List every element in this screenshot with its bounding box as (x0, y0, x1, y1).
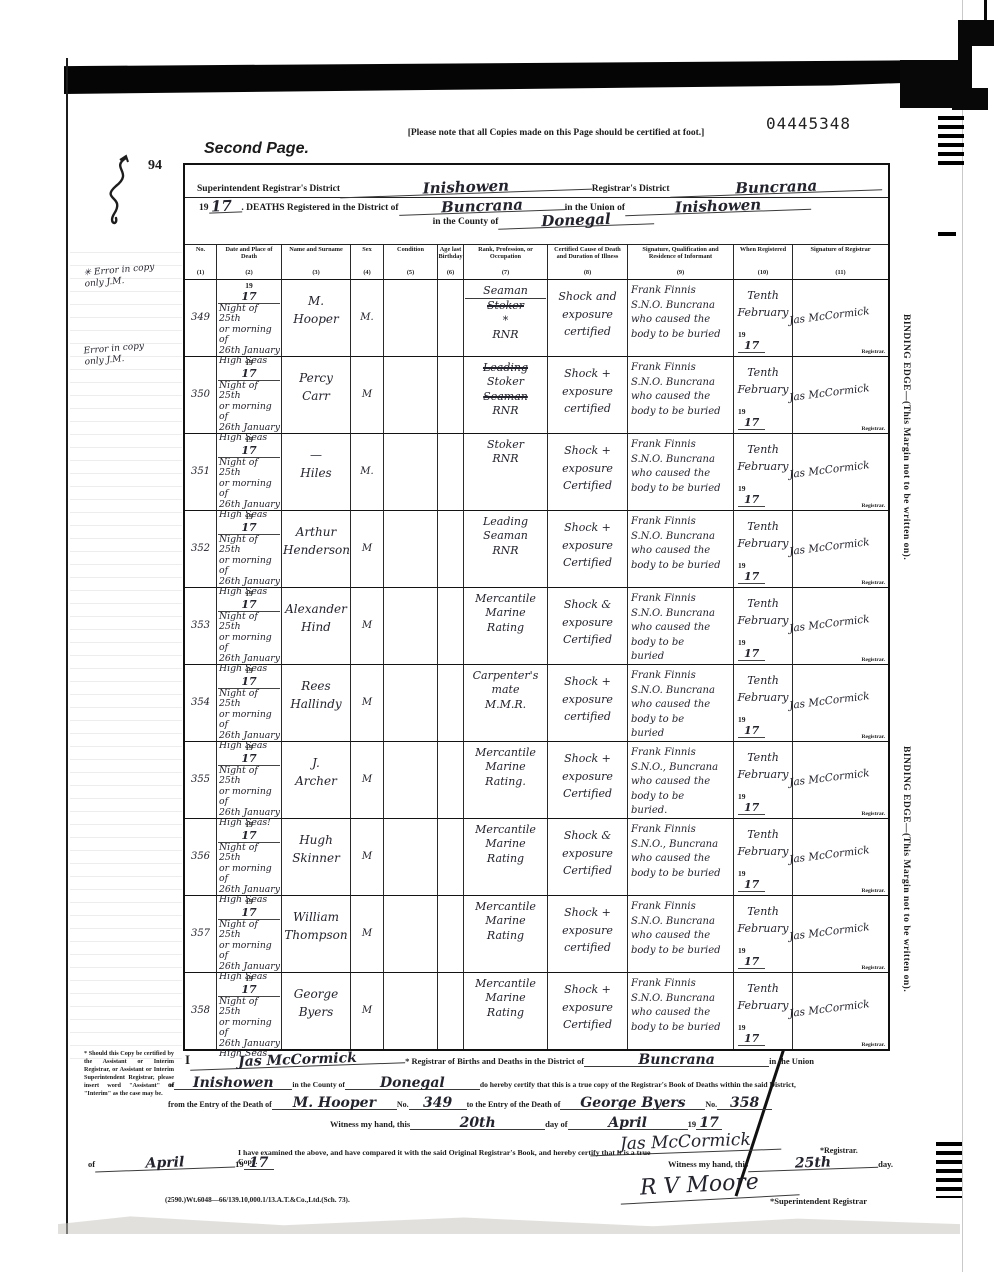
year-line: 1917 (218, 897, 280, 920)
sex-value: M (362, 697, 372, 708)
cell-sex: M (350, 741, 383, 818)
scan-corner-blob (984, 0, 987, 22)
cert-year2-printed: 19 (235, 1159, 244, 1169)
cell-when-registered: TenthFebruary1917 (733, 741, 792, 818)
year-printed: 19 (738, 638, 765, 647)
cell-date-place: 1917Night of 25thor morning of26th Janua… (216, 818, 281, 895)
register-frame: Superintendent Registrar's District Inis… (183, 163, 890, 1051)
cell-registrar-signature: Jas McCormickRegistrar. (792, 510, 888, 587)
year-printed: 19 (218, 512, 280, 521)
when-line: Tenth (735, 596, 791, 613)
cell-rank: MercantileMarineRating. (463, 741, 547, 818)
cause-line: exposure (549, 537, 626, 555)
cause-line: certified (549, 400, 626, 418)
date-line: or morning of (218, 479, 280, 500)
year-printed: 19 (218, 589, 280, 598)
year-written: 17 (218, 521, 280, 535)
cause-line: exposure (549, 460, 626, 478)
cell-name: HughSkinner (281, 818, 350, 895)
informant-line: Frank Finnis (629, 361, 732, 376)
row-number: 356 (191, 851, 210, 862)
superintendent-district-label: Superintendent Registrar's District (197, 184, 340, 194)
cause-line: Shock + (549, 519, 626, 537)
informant-line: who caused the (629, 544, 732, 559)
column-header-label: No. (196, 247, 205, 254)
cell-condition (383, 664, 437, 741)
year-printed: 19 (738, 946, 765, 955)
informant-line: S.N.O. Buncrana (629, 915, 732, 930)
registrar-caption: Registrar. (861, 1042, 885, 1048)
informant-line: who caused the (629, 1006, 732, 1021)
cell-rank: SeamanStoker*RNR (463, 279, 547, 356)
cause-line: exposure (549, 922, 626, 940)
cert-line1-tail: in the Union (769, 1056, 814, 1066)
rank-line: RNR (465, 328, 546, 342)
cell-sex: M (350, 895, 383, 972)
year-written: 17 (738, 647, 765, 661)
cause-line: exposure (549, 614, 626, 632)
when-line: Tenth (735, 519, 791, 536)
sex-value: M (362, 851, 372, 862)
registrar-signature: Jas McCormick (789, 382, 871, 404)
cause-line: exposure (549, 383, 626, 401)
cell-name: ArthurHenderson (281, 510, 350, 587)
informant-line: S.N.O., Buncrana (629, 838, 732, 853)
row-number: 355 (191, 774, 210, 785)
cell-informant: Frank FinnisS.N.O. Buncranawho caused th… (627, 433, 733, 510)
cell-date-place: 1917Night of 25thor morning of26th Janua… (216, 279, 281, 356)
cert-from-label: from the Entry of the Death of (168, 1100, 272, 1109)
cell-age (437, 741, 463, 818)
sex-value: M (362, 774, 372, 785)
scan-edge-dash (938, 232, 956, 238)
cell-no: 349 (185, 279, 216, 356)
registrar-signature: Jas McCormick (789, 536, 871, 558)
informant-line: Frank Finnis (629, 438, 732, 453)
date-line: or morning of (218, 941, 280, 962)
cell-condition (383, 356, 437, 433)
informant-line: body to be buried (629, 1021, 732, 1036)
column-header-label: Age last Birthday (438, 247, 462, 261)
cause-line: Shock & (549, 827, 626, 845)
cell-no: 353 (185, 587, 216, 664)
informant-line: S.N.O. Buncrana (629, 453, 732, 468)
cell-name: M.Hooper (281, 279, 350, 356)
cause-line: exposure (549, 999, 626, 1017)
rank-line: RNR (465, 544, 546, 558)
year-written: 17 (738, 416, 765, 430)
name-line: William (283, 908, 349, 926)
cause-line: Shock + (549, 904, 626, 922)
sex-value: M (362, 620, 372, 631)
informant-line: body to be buried (629, 405, 732, 420)
cell-date-place: 1917Night of 25thor morning of26th Janua… (216, 895, 281, 972)
cell-informant: Frank FinnisS.N.O. Buncranawho caused th… (627, 972, 733, 1049)
registrar-caption: Registrar. (861, 657, 885, 663)
column-header-label: When Registered (740, 247, 786, 254)
cell-age (437, 510, 463, 587)
cell-age (437, 433, 463, 510)
informant-line: who caused the (629, 621, 732, 636)
name-line: Rees (283, 677, 349, 695)
informant-line: Frank Finnis (629, 669, 732, 684)
when-line: February (735, 921, 791, 938)
cert-month-2: April (95, 1156, 235, 1173)
informant-line: body to be (629, 713, 732, 728)
cell-rank: MercantileMarineRating (463, 818, 547, 895)
cert-registrar-signature: Jas McCormick (190, 1051, 405, 1071)
cell-registrar-signature: Jas McCormickRegistrar. (792, 433, 888, 510)
informant-line: body to be buried (629, 867, 732, 882)
year-printed: 19 (218, 435, 280, 444)
sex-value: M (362, 1005, 372, 1016)
date-line: Night of 25th (218, 612, 280, 633)
year-written: 17 (738, 878, 765, 892)
page-number: 94 (148, 158, 162, 174)
cell-sex: M (350, 510, 383, 587)
registrar-signature: Jas McCormick (789, 690, 871, 712)
when-year-line: 1917 (738, 638, 765, 661)
when-line: February (735, 844, 791, 861)
rank-line: Rating (465, 1006, 546, 1020)
year-written: 17 (218, 829, 280, 843)
year-line: 1917 (218, 281, 280, 304)
column-header: When Registered(10) (733, 245, 792, 279)
column-header-number: (11) (835, 270, 845, 277)
cell-condition (383, 895, 437, 972)
cell-when-registered: TenthFebruary1917 (733, 818, 792, 895)
cell-name: J.Archer (281, 741, 350, 818)
cell-date-place: 1917Night of 25thor morning of26th Janua… (216, 741, 281, 818)
cell-when-registered: TenthFebruary1917 (733, 664, 792, 741)
row-number: 354 (191, 697, 210, 708)
cell-rank: MercantileMarineRating (463, 587, 547, 664)
sex-value: M (362, 389, 372, 400)
name-line: — (283, 446, 349, 464)
cert-to-label: to the Entry of the Death of (467, 1100, 561, 1109)
name-line: Hind (283, 618, 349, 636)
informant-line: body to be (629, 790, 732, 805)
sex-value: M. (360, 466, 373, 477)
column-header-label: Condition (397, 247, 424, 254)
cell-rank: LeadingSeamanRNR (463, 510, 547, 587)
informant-line: body to be buried (629, 944, 732, 959)
cell-when-registered: TenthFebruary1917 (733, 972, 792, 1049)
row-number: 353 (191, 620, 210, 631)
name-line: Percy (283, 369, 349, 387)
cell-age (437, 895, 463, 972)
year-line: 1917 (218, 589, 280, 612)
cell-informant: Frank FinnisS.N.O. Buncranawho caused th… (627, 664, 733, 741)
rank-line: * (465, 314, 546, 328)
cause-line: Certified (549, 785, 626, 803)
cell-condition (383, 818, 437, 895)
year-line: 1917 (218, 358, 280, 381)
name-line: Henderson (283, 541, 349, 559)
year-written: 17 (218, 983, 280, 997)
registrar-signature: Jas McCormick (789, 305, 871, 327)
rank-line: Leading (465, 361, 546, 375)
year-printed: 19 (738, 792, 765, 801)
column-header-label: Sex (362, 247, 371, 254)
informant-line: S.N.O. Buncrana (629, 299, 732, 314)
year-written: 17 (738, 955, 765, 969)
cause-line: exposure (549, 845, 626, 863)
rank-line: Rating. (465, 775, 546, 789)
cell-registrar-signature: Jas McCormickRegistrar. (792, 356, 888, 433)
name-line: M. (283, 292, 349, 310)
cert-county-label: in the County of (292, 1080, 345, 1089)
registrar-signature: Jas McCormick (789, 998, 871, 1020)
year-line: 1917 (218, 974, 280, 997)
registrar-signature: Jas McCormick (789, 844, 871, 866)
deaths-header-row: 1917 . DEATHS Registered in the District… (185, 198, 888, 245)
deaths-registered-label: . DEATHS Registered in the District of (241, 203, 398, 213)
informant-line: Frank Finnis (629, 900, 732, 915)
column-header-number: (6) (447, 270, 454, 277)
cell-cause: Shock +exposureCertified (547, 510, 627, 587)
cell-name: ReesHallindy (281, 664, 350, 741)
informant-line: who caused the (629, 313, 732, 328)
when-year-line: 1917 (738, 561, 765, 584)
year-written: 17 (218, 290, 280, 304)
cell-rank: MercantileMarineRating (463, 895, 547, 972)
date-line: Night of 25th (218, 920, 280, 941)
rank-line: Mercantile (465, 977, 546, 991)
date-line: or morning of (218, 864, 280, 885)
cell-condition (383, 587, 437, 664)
cell-sex: M (350, 972, 383, 1049)
name-line: Alexander (283, 600, 349, 618)
sex-value: M (362, 543, 372, 554)
cell-sex: M (350, 587, 383, 664)
date-line: Night of 25th (218, 458, 280, 479)
cell-name: GeorgeByers (281, 972, 350, 1049)
when-line: Tenth (735, 750, 791, 767)
cell-condition (383, 510, 437, 587)
when-year-line: 1917 (738, 330, 765, 353)
year-printed: 19 (218, 281, 280, 290)
registrar-caption: Registrar. (861, 503, 885, 509)
column-header-label: Certified Cause of Death and Duration of… (549, 247, 626, 261)
print-code: (2590.)Wt.6048—66/139.10,000.1/13.A.T.&C… (165, 1196, 350, 1204)
cell-registrar-signature: Jas McCormickRegistrar. (792, 741, 888, 818)
year-printed: 19 (738, 330, 765, 339)
cause-line: Shock + (549, 442, 626, 460)
cell-condition (383, 433, 437, 510)
registrars-district-value: Buncrana (669, 177, 882, 197)
cert-county-value: Donegal (345, 1078, 480, 1090)
cert-to-name: George Byers (560, 1098, 705, 1110)
row-number: 352 (191, 543, 210, 554)
year-printed: 19 (218, 897, 280, 906)
rank-line: Stoker (465, 438, 546, 452)
cell-date-place: 1917Night of 25thor morning of26th Janua… (216, 587, 281, 664)
rank-line: Mercantile (465, 746, 546, 760)
year-printed: 19 (738, 561, 765, 570)
cell-name: WilliamThompson (281, 895, 350, 972)
date-line: Night of 25th (218, 535, 280, 556)
rank-line: Carpenter's (465, 669, 546, 683)
cert-day-label: day. (878, 1159, 893, 1169)
name-line: Thompson (283, 926, 349, 944)
informant-line: body to be buried (629, 482, 732, 497)
name-line: Hallindy (283, 695, 349, 713)
cell-sex: M (350, 356, 383, 433)
cert-year-printed: 19 (688, 1119, 697, 1129)
cert-day-of-label: day of (545, 1119, 567, 1129)
cell-sex: M. (350, 279, 383, 356)
cert-from-name: M. Hooper (272, 1098, 397, 1110)
informant-line: S.N.O. Buncrana (629, 376, 732, 391)
year-printed: 19 (218, 743, 280, 752)
cause-line: Certified (549, 477, 626, 495)
cell-date-place: 1917Night of 25thor morning of26th Janua… (216, 664, 281, 741)
rank-line: Marine (465, 914, 546, 928)
name-line: Byers (283, 1003, 349, 1021)
county-value: Donegal (498, 211, 654, 229)
cell-registrar-signature: Jas McCormickRegistrar. (792, 279, 888, 356)
cert-union-value: Inishowen (174, 1078, 292, 1090)
informant-line: S.N.O. Buncrana (629, 684, 732, 699)
cell-age (437, 664, 463, 741)
registrar-caption: Registrar. (861, 349, 885, 355)
when-year-line: 1917 (738, 946, 765, 969)
name-line: Skinner (283, 849, 349, 867)
year-written: 17 (738, 570, 765, 584)
informant-line: S.N.O. Buncrana (629, 992, 732, 1007)
cert-witness-month: April (568, 1118, 688, 1130)
cert-from-no: 349 (409, 1098, 467, 1110)
informant-line: body to be buried (629, 559, 732, 574)
cert-to-no: 358 (717, 1098, 772, 1110)
scan-corner-blob (900, 60, 958, 108)
column-header-number: (1) (197, 270, 204, 277)
cause-line: Certified (549, 631, 626, 649)
district-header-row: Superintendent Registrar's District Inis… (185, 165, 888, 198)
date-line: or morning of (218, 633, 280, 654)
year-written: 17 (218, 367, 280, 381)
cause-line: Certified (549, 862, 626, 880)
column-header: Date and Place of Death(2) (216, 245, 281, 279)
informant-line: body to be (629, 636, 732, 651)
informant-line: who caused the (629, 929, 732, 944)
cell-no: 355 (185, 741, 216, 818)
name-line: Carr (283, 387, 349, 405)
column-header-label: Rank, Profession, or Occupation (465, 247, 546, 261)
rank-line: Rating (465, 852, 546, 866)
informant-line: who caused the (629, 775, 732, 790)
rank-line: RNR (465, 452, 546, 466)
registrar-caption: Registrar. (861, 965, 885, 971)
when-line: Tenth (735, 288, 791, 305)
year-printed: 19 (199, 203, 209, 213)
cert-line-2: of Inishowen in the County of Donegal do… (168, 1078, 910, 1090)
informant-line: S.N.O. Buncrana (629, 530, 732, 545)
date-line: or morning of (218, 787, 280, 808)
year-printed: 19 (218, 820, 280, 829)
cause-line: Shock and (549, 288, 626, 306)
register-table: No.(1)Date and Place of Death(2)Name and… (185, 245, 888, 1049)
when-line: February (735, 382, 791, 399)
registrar-caption: Registrar. (861, 734, 885, 740)
column-header: Signature of Registrar(11) (792, 245, 888, 279)
cell-age (437, 972, 463, 1049)
informant-line: body to be buried (629, 328, 732, 343)
cert-no-label: No. (397, 1100, 409, 1109)
informant-line: who caused the (629, 698, 732, 713)
cell-registrar-signature: Jas McCormickRegistrar. (792, 895, 888, 972)
cell-rank: Carpenter'smateM.M.R. (463, 664, 547, 741)
rank-line: RNR (465, 404, 546, 418)
registrar-caption: Registrar. (861, 580, 885, 586)
cell-rank: MercantileMarineRating (463, 972, 547, 1049)
cell-cause: Shock andexposurecertified (547, 279, 627, 356)
year-printed: 19 (218, 358, 280, 367)
cell-when-registered: TenthFebruary1917 (733, 587, 792, 664)
cell-no: 352 (185, 510, 216, 587)
column-header-label: Signature, Qualification and Residence o… (629, 247, 732, 261)
name-line: Hugh (283, 831, 349, 849)
when-line: February (735, 690, 791, 707)
column-header-number: (2) (245, 270, 252, 277)
cause-line: Shock + (549, 981, 626, 999)
when-line: Tenth (735, 365, 791, 382)
when-line: Tenth (735, 827, 791, 844)
cert-line-5: of April 19 17 (88, 1158, 338, 1170)
cell-no: 358 (185, 972, 216, 1049)
date-line: Night of 25th (218, 381, 280, 402)
name-line: Arthur (283, 523, 349, 541)
column-header-number: (3) (312, 270, 319, 277)
scan-edge-bars-top (938, 116, 964, 168)
cause-line: Shock + (549, 750, 626, 768)
rank-line: Seaman (465, 284, 546, 299)
informant-line: buried. (629, 804, 732, 819)
rank-line: Stoker (465, 375, 546, 389)
rank-line: Seaman (465, 390, 546, 404)
cell-age (437, 356, 463, 433)
cell-no: 351 (185, 433, 216, 510)
name-line: Hiles (283, 464, 349, 482)
registrar-signature: Jas McCormick (789, 459, 871, 481)
cert-no-label-2: No. (705, 1100, 717, 1109)
cell-cause: Shock +exposurecertified (547, 895, 627, 972)
cell-informant: Frank FinnisS.N.O. Buncranawho caused th… (627, 356, 733, 433)
column-header: Sex(4) (350, 245, 383, 279)
cell-condition (383, 741, 437, 818)
rank-line: Rating (465, 929, 546, 943)
scan-bottom-band (58, 1212, 960, 1234)
date-line: or morning of (218, 402, 280, 423)
rank-line: Marine (465, 837, 546, 851)
cell-age (437, 279, 463, 356)
cell-cause: Shock +exposureCertified (547, 972, 627, 1049)
when-year-line: 1917 (738, 1023, 765, 1046)
name-line: Hooper (283, 310, 349, 328)
registrar-signature: Jas McCormick (789, 613, 871, 635)
cell-when-registered: TenthFebruary1917 (733, 356, 792, 433)
cell-informant: Frank FinnisS.N.O. Buncranawho caused th… (627, 895, 733, 972)
when-line: Tenth (735, 673, 791, 690)
when-line: February (735, 459, 791, 476)
cell-cause: Shock +exposurecertified (547, 356, 627, 433)
column-header: Signature, Qualification and Residence o… (627, 245, 733, 279)
when-line: Tenth (735, 981, 791, 998)
cert-line2-tail: do hereby certify that this is a true co… (480, 1080, 796, 1089)
cell-informant: Frank FinnisS.N.O. Buncranawho caused th… (627, 587, 733, 664)
column-header: Name and Surname(3) (281, 245, 350, 279)
